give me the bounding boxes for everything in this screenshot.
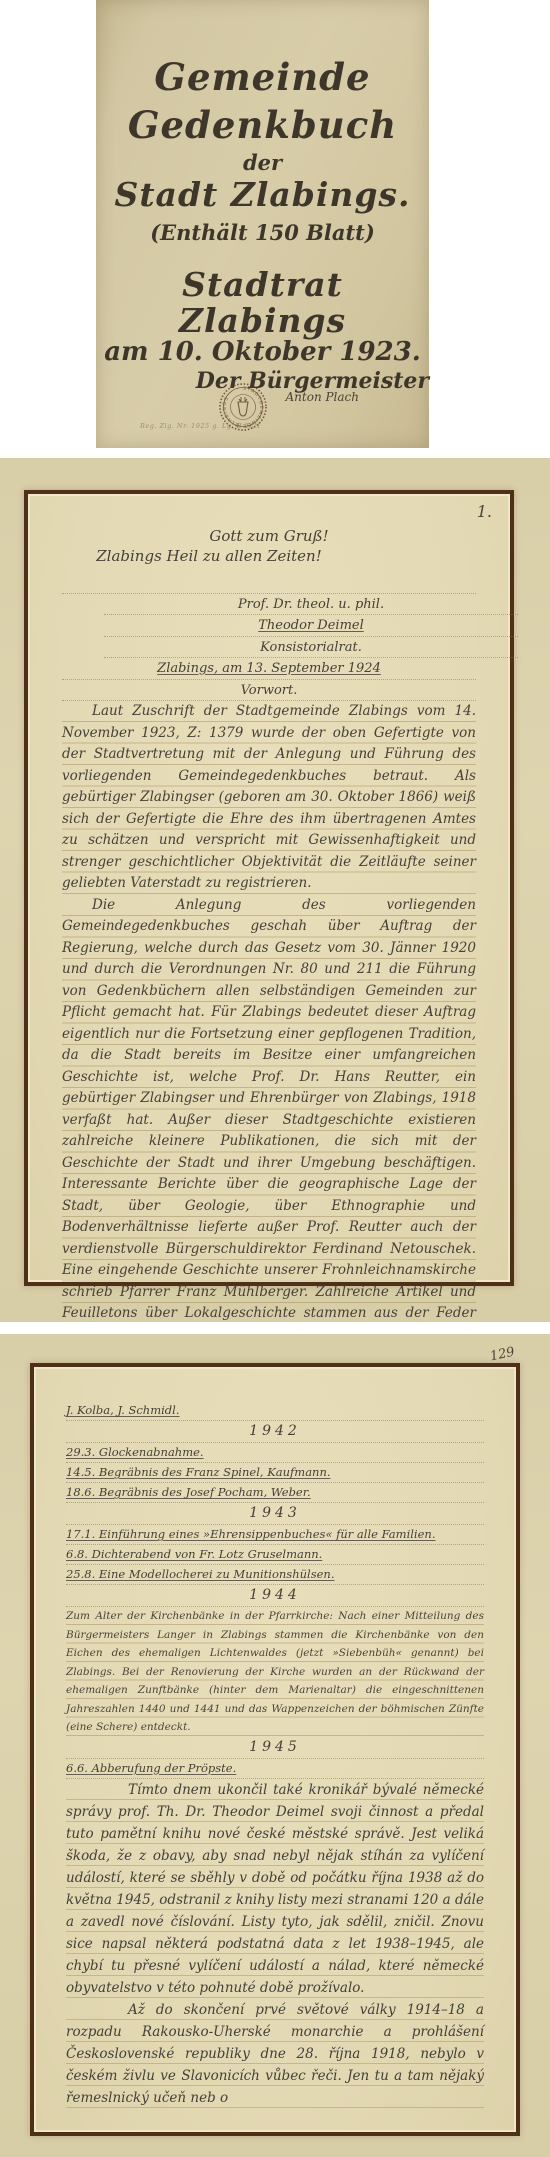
page-1-content: Gott zum Gruß! Zlabings Heil zu allen Ze… [62, 526, 476, 1322]
entry-1943-1: 17.1. Einführung eines »Ehrensippenbuche… [66, 1527, 435, 1541]
vorwort-paragraph-1: Laut Zuschrift der Stadtgemeinde Zlabing… [62, 701, 476, 895]
year-heading-1942: 1942 [66, 1421, 484, 1443]
year-heading-1945: 1945 [66, 1737, 484, 1759]
title-line-der: der [96, 152, 429, 175]
page-number: 129 [489, 1345, 516, 1365]
entry-1942-1: 29.3. Glockenabnahme. [66, 1445, 204, 1459]
title-line-gemeinde: Gemeinde [96, 0, 429, 98]
entry-1942-2: 14.5. Begräbnis des Franz Spinel, Kaufma… [66, 1465, 331, 1479]
page-1-frame: 1. Gott zum Gruß! Zlabings Heil zu allen… [24, 490, 514, 1286]
greeting-line-1: Gott zum Gruß! [62, 526, 476, 546]
blank-ruled-line [62, 572, 476, 594]
greeting-line-2: Zlabings Heil zu allen Zeiten! [2, 546, 416, 566]
author-rank-line: Konsistorialrat. [104, 637, 518, 659]
year-heading-1944: 1944 [66, 1585, 484, 1607]
title-line-stadtrat: Stadtrat Zlabings [96, 267, 429, 338]
page-129-frame: J. Kolba, J. Schmidl. 1942 29.3. Glocken… [30, 1363, 520, 2136]
year-heading-1943: 1943 [66, 1503, 484, 1525]
dateline: Zlabings, am 13. September 1924 [62, 658, 476, 680]
author-title-line: Prof. Dr. theol. u. phil. [104, 594, 518, 616]
page-129-scan: 129 J. Kolba, J. Schmidl. 1942 29.3. Glo… [0, 1334, 550, 2157]
scanned-chronicle-composite: Gemeinde Gedenkbuch der Stadt Zlabings. … [0, 0, 550, 2157]
entry-1944-kirchenbaenke: Zum Alter der Kirchenbänke in der Pfarrk… [66, 1607, 484, 1737]
entry-1945-1: 6.6. Abberufung der Pröpste. [66, 1761, 236, 1775]
entry-1943-3: 25.8. Eine Modellocherei zu Munitionshül… [66, 1567, 334, 1581]
entry-1942-3: 18.6. Begräbnis des Josef Pocham, Weber. [66, 1485, 311, 1499]
vorwort-heading: Vorwort. [62, 680, 476, 702]
title-page-paper: Gemeinde Gedenkbuch der Stadt Zlabings. … [96, 0, 429, 448]
page-1-scan: 1. Gott zum Gruß! Zlabings Heil zu allen… [0, 458, 550, 1322]
title-page-scan: Gemeinde Gedenkbuch der Stadt Zlabings. … [0, 0, 550, 448]
author-name-line: Theodor Deimel [104, 615, 518, 637]
entry-1943-2: 6.8. Dichterabend von Fr. Lotz Gruselman… [66, 1547, 322, 1561]
coat-of-arms-icon [238, 397, 248, 416]
title-line-gedenkbuch: Gedenkbuch [96, 106, 429, 146]
page-number: 1. [477, 502, 492, 521]
czech-history-paragraph: Až do skončení prvé světové války 1914–1… [66, 1999, 484, 2109]
czech-handover-paragraph: Tímto dnem ukončil také kronikář bývalé … [66, 1779, 484, 1999]
vorwort-paragraph-2: Die Anlegung des vorliegenden Gemeindege… [62, 895, 476, 1323]
title-line-stadt-zlabings: Stadt Zlabings. [96, 177, 429, 213]
page-129-content: J. Kolba, J. Schmidl. 1942 29.3. Glocken… [66, 1401, 484, 2109]
title-line-blatt-count: (Enthält 150 Blatt) [96, 222, 429, 245]
chronicler-note: J. Kolba, J. Schmidl. [66, 1403, 179, 1417]
title-line-date: am 10. Oktober 1923. [96, 338, 429, 366]
pencil-registry-note: Reg. Zlg. Nr. 1925 g. Lg. B 28/1 [140, 422, 261, 430]
